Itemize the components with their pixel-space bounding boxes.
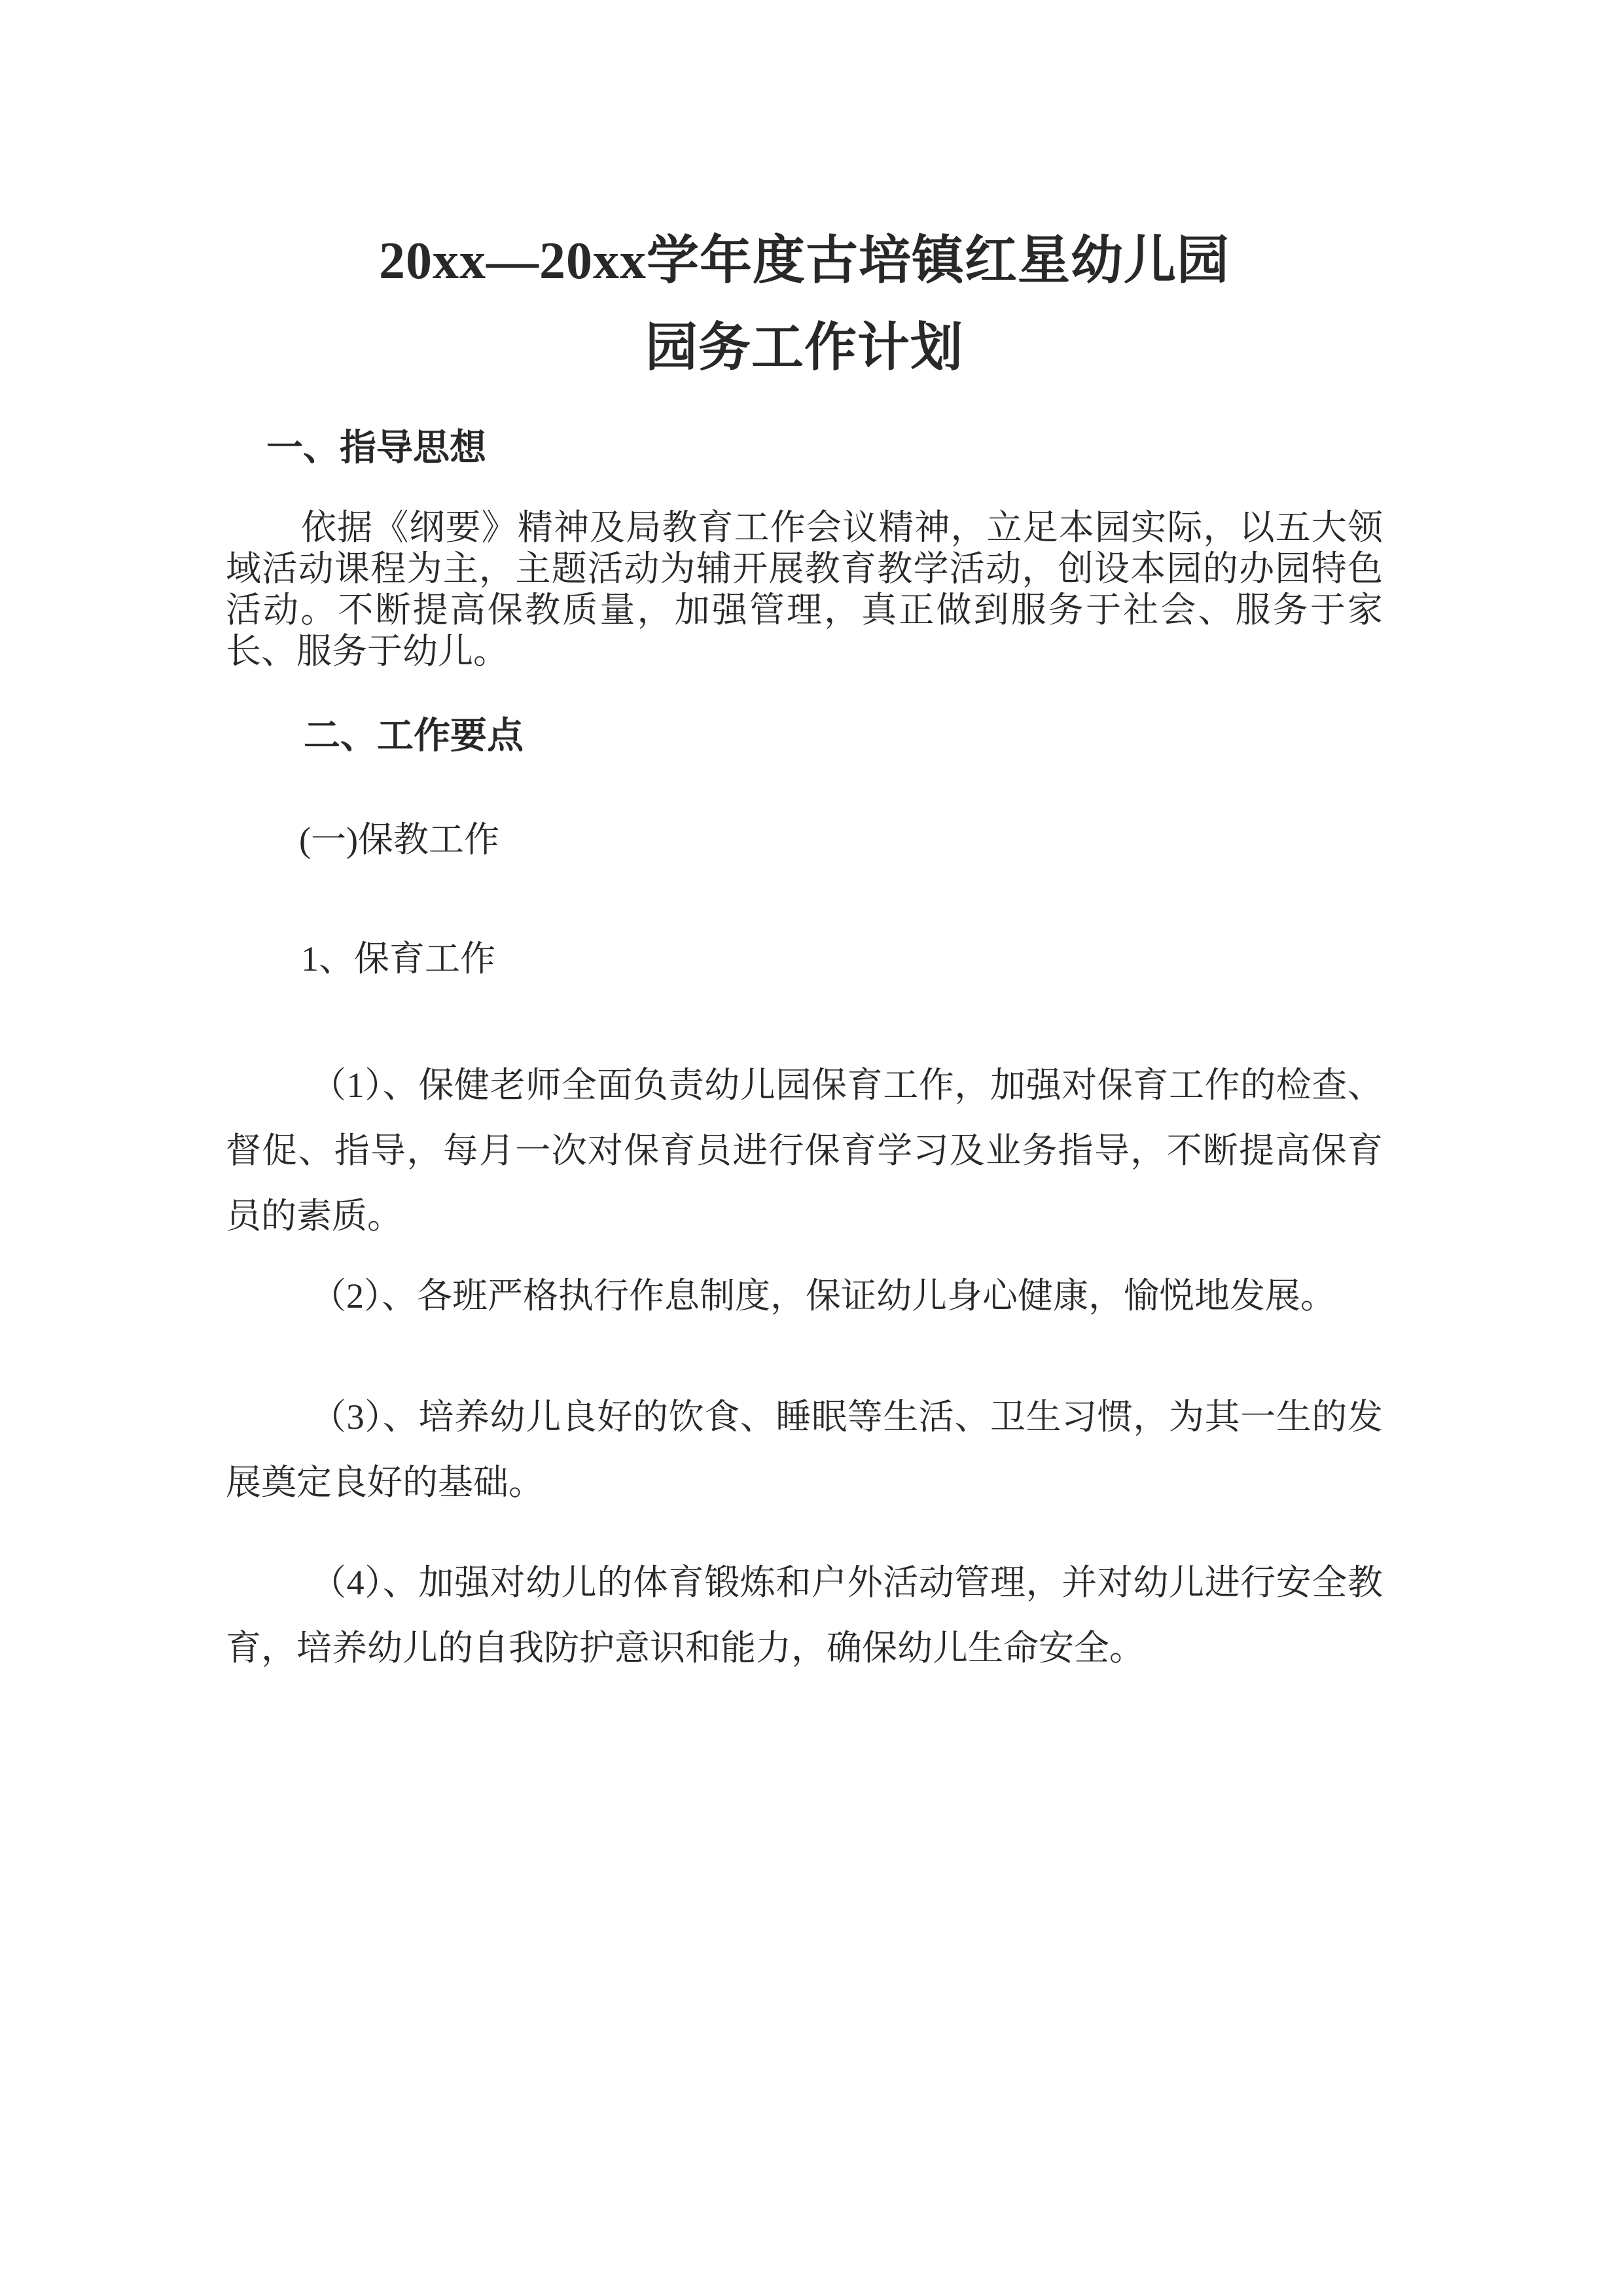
document-title: 20xx—20xx学年度古培镇红星幼儿园 园务工作计划	[226, 218, 1383, 392]
title-line-1: 20xx—20xx学年度古培镇红星幼儿园	[226, 218, 1383, 305]
childcare-item-3: （3）、培养幼儿良好的饮食、睡眠等生活、卫生习惯，为其一生的发展奠定良好的基础。	[226, 1384, 1383, 1515]
childcare-item-2: （2）、各班严格执行作息制度，保证幼儿身心健康，愉悦地发展。	[226, 1263, 1383, 1329]
subsection-care-and-education-work: (一)保教工作	[226, 821, 1383, 858]
subsection-childcare-work: 1、保育工作	[226, 941, 1383, 977]
document-page: 20xx—20xx学年度古培镇红星幼儿园 园务工作计划 一、指导思想 依据《纲要…	[0, 0, 1623, 2296]
title-line-2: 园务工作计划	[226, 305, 1383, 392]
section-heading-work-points: 二、工作要点	[226, 718, 1383, 755]
childcare-item-1: （1）、保健老师全面负责幼儿园保育工作，加强对保育工作的检查、督促、指导，每月一…	[226, 1052, 1383, 1249]
paragraph-guiding-ideology: 依据《纲要》精神及局教育工作会议精神，立足本园实际，以五大领域活动课程为主，主题…	[226, 507, 1383, 672]
childcare-item-4: （4）、加强对幼儿的体育锻炼和户外活动管理，并对幼儿进行安全教育，培养幼儿的自我…	[226, 1550, 1383, 1681]
section-heading-guiding-ideology: 一、指导思想	[226, 430, 1383, 467]
document-content: 20xx—20xx学年度古培镇红星幼儿园 园务工作计划 一、指导思想 依据《纲要…	[0, 0, 1623, 1681]
